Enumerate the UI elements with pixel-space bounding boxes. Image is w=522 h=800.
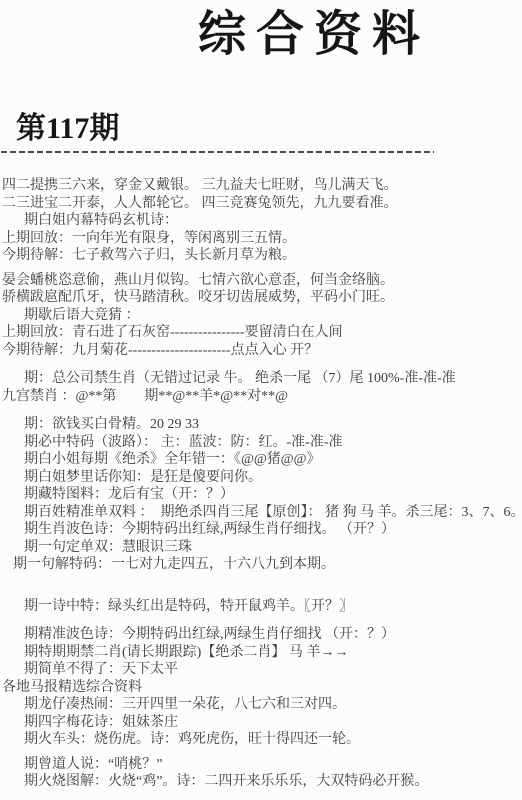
text-line: 期特期期禁二肖(请长期跟踪)【绝杀二肖】 马 羊→→: [0, 644, 522, 662]
text-line: 各地马报精选综合资料: [0, 679, 522, 697]
text-line: 期一诗中特：绿头红出是特码，特开鼠鸡羊。〖开？〗: [0, 598, 522, 616]
issue-number: 第117期: [16, 112, 522, 146]
text-line: 期白小姐每期《绝杀》全年错一：《@@猪@@》: [0, 451, 522, 469]
text-line: 期精准波色诗：今期特码出红绿,两绿生肖仔细找 （开：？）: [0, 626, 522, 644]
text-line: 期：总公司禁生肖（无错过记录 牛。 绝杀一尾 （7）尾 100%-准-准-准: [0, 370, 522, 388]
text-line: 今期待解：七子救驾六子归，头长新月草为粮。: [0, 247, 522, 265]
text-line: 期一句解特码：一七对九走四五，十六八九到本期。: [0, 556, 522, 574]
text-line: 期白姐梦里话你知：是狂是傻要问你。: [0, 469, 522, 487]
text-line: 期四字梅花诗：姐妹茶庄: [0, 714, 522, 732]
document-body: 四二提携三六来，穿金又戴银。 三九益夫七旺财，鸟儿满天飞。二三进宝二开泰，人人都…: [0, 177, 522, 791]
text-line: 上期回放：青石进了石灰窑----------------要留清白在人间: [0, 324, 522, 342]
text-line: 期龙仔凑热闹：三开四里一朵花，八七六和三对四。: [0, 696, 522, 714]
text-line: 期必中特码（波路）： 主：蓝波：防：红。-准-准-准: [0, 434, 522, 452]
text-line: 期藏特图料：龙后有宝（开：？）: [0, 486, 522, 504]
text-line: 骄横跋扈配爪牙，快马踏清秋。咬牙切齿展威势，平码小门旺。: [0, 289, 522, 307]
text-line: 期白姐内幕特码玄机诗：: [0, 212, 522, 230]
text-line: 上期回放：一向年光有限身，等闲离别三五情。: [0, 230, 522, 248]
text-line: 期生肖波色诗：今期特码出红绿,两绿生肖仔细找。 （开？）: [0, 521, 522, 539]
text-line: 期一句定单双：慧眼识三珠: [0, 539, 522, 557]
page-title: 综合资料: [198, 8, 522, 62]
text-line: 二三进宝二开泰，人人都轮它。 四三竞赛兔领先，九九要看准。: [0, 195, 522, 213]
document-page: 综合资料 第117期 四二提携三六来，穿金又戴银。 三九益夫七旺财，鸟儿满天飞。…: [0, 0, 522, 800]
text-line: 期火车头：烧伤虎。诗：鸡死虎伤，旺十得四还一轮。: [0, 731, 522, 749]
text-line: 期火烧图解：火烧“鸡”。诗：二四开来乐乐乐，大双特码必开猴。: [0, 773, 522, 791]
text-line: 晏会蟠桃恣意偷，燕山月似钩。七情六欲心意歪，何当金络脑。: [0, 272, 522, 290]
text-line: 期简单不得了：天下太平: [0, 661, 522, 679]
text-line: 期：欲钱买白骨精。20 29 33: [0, 416, 522, 434]
text-line: 四二提携三六来，穿金又戴银。 三九益夫七旺财，鸟儿满天飞。: [0, 177, 522, 195]
text-line: 期百姓精准单双料 ： 期绝杀四肖三尾【原创】： 猪 狗 马 羊。杀三尾：3、7、…: [0, 504, 522, 522]
text-line: 期曾道人说：“哨桃？”: [0, 756, 522, 774]
text-line: 今期待解：九月菊花----------------------点点入心 开？: [0, 342, 522, 360]
text-line: 九宫禁肖 ：@**第 期**@**羊*@**对**@: [0, 388, 522, 406]
text-line: 期歇后语大竞猜 ：: [0, 307, 522, 325]
dashed-divider: [1, 150, 434, 153]
